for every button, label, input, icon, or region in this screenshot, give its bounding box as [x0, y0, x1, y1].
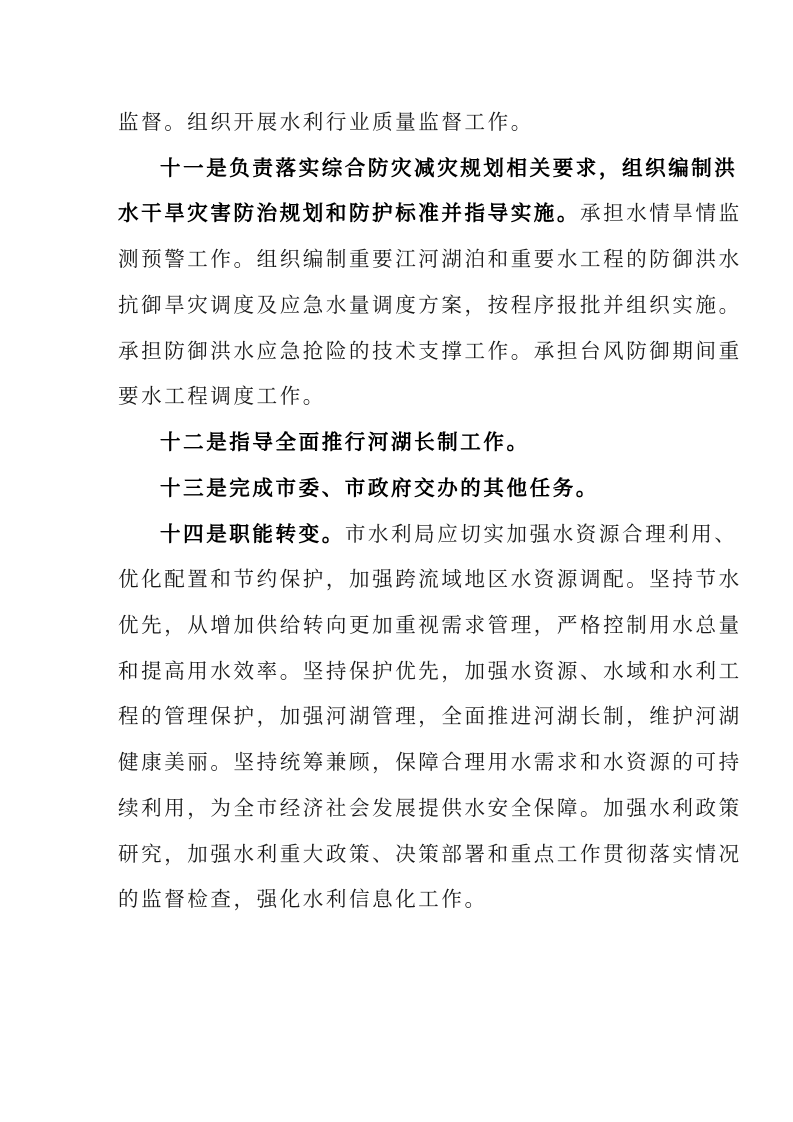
text-line: 优先，从增加供给转向更加重视需求管理，严格控制用水总量: [118, 611, 718, 639]
text-line: 的监督检查，强化水利信息化工作。: [118, 885, 718, 913]
text-run: 程的管理保护，加强河湖管理，全面推进河湖长制，维护河湖: [118, 704, 742, 728]
text-line: 抗御旱灾调度及应急水量调度方案，按程序报批并组织实施。: [118, 291, 718, 319]
bold-text-run: 水干旱灾害防治规划和防护标准并指导实施。: [118, 201, 580, 225]
text-run: 和提高用水效率。坚持保护优先，加强水资源、水域和水利工: [118, 659, 742, 683]
text-line: 健康美丽。坚持统筹兼顾，保障合理用水需求和水资源的可持: [118, 748, 718, 776]
text-run: 的监督检查，强化水利信息化工作。: [118, 887, 488, 911]
text-run: 续利用，为全市经济社会发展提供水安全保障。加强水利政策: [118, 796, 742, 820]
text-run: 市水利局应切实加强水资源合理利用、: [345, 522, 738, 546]
text-run: 承担防御洪水应急抢险的技术支撑工作。承担台风防御期间重: [118, 339, 742, 363]
text-line: 和提高用水效率。坚持保护优先，加强水资源、水域和水利工: [118, 657, 718, 685]
text-line: 研究，加强水利重大政策、决策部署和重点工作贯彻落实情况: [118, 840, 718, 868]
text-run: 优化配置和节约保护，加强跨流域地区水资源调配。坚持节水: [118, 567, 742, 591]
document-page: 监督。组织开展水利行业质量监督工作。 十一是负责落实综合防灾减灾规划相关要求，组…: [0, 0, 793, 1122]
text-run: 研究，加强水利重大政策、决策部署和重点工作贯彻落实情况: [118, 842, 742, 866]
text-line: 承担防御洪水应急抢险的技术支撑工作。承担台风防御期间重: [118, 337, 718, 365]
text-line: 程的管理保护，加强河湖管理，全面推进河湖长制，维护河湖: [118, 702, 718, 730]
text-line: 水干旱灾害防治规划和防护标准并指导实施。承担水情旱情监: [118, 199, 718, 227]
bold-text-run: 十二是指导全面推行河湖长制工作。: [160, 430, 530, 454]
text-run: 抗御旱灾调度及应急水量调度方案，按程序报批并组织实施。: [118, 293, 742, 317]
text-line: 监督。组织开展水利行业质量监督工作。: [118, 108, 718, 136]
text-run: 监督。组织开展水利行业质量监督工作。: [118, 110, 534, 134]
bold-text-run: 十一是负责落实综合防灾减灾规划相关要求，组织编制洪: [160, 156, 738, 180]
text-line: 续利用，为全市经济社会发展提供水安全保障。加强水利政策: [118, 794, 718, 822]
text-line: 优化配置和节约保护，加强跨流域地区水资源调配。坚持节水: [118, 565, 718, 593]
text-run: 要水工程调度工作。: [118, 384, 326, 408]
text-line: 要水工程调度工作。: [118, 382, 718, 410]
text-line: 十四是职能转变。市水利局应切实加强水资源合理利用、: [160, 520, 760, 548]
text-run: 测预警工作。组织编制重要江河湖泊和重要水工程的防御洪水: [118, 247, 742, 271]
text-run: 承担水情旱情监: [580, 201, 742, 225]
text-line: 测预警工作。组织编制重要江河湖泊和重要水工程的防御洪水: [118, 245, 718, 273]
text-line: 十三是完成市委、市政府交办的其他任务。: [160, 474, 760, 502]
text-line: 十一是负责落实综合防灾减灾规划相关要求，组织编制洪: [160, 154, 760, 182]
text-run: 健康美丽。坚持统筹兼顾，保障合理用水需求和水资源的可持: [118, 750, 742, 774]
bold-text-run: 十四是职能转变。: [160, 522, 345, 546]
text-line: 十二是指导全面推行河湖长制工作。: [160, 428, 760, 456]
bold-text-run: 十三是完成市委、市政府交办的其他任务。: [160, 476, 599, 500]
text-run: 优先，从增加供给转向更加重视需求管理，严格控制用水总量: [118, 613, 742, 637]
